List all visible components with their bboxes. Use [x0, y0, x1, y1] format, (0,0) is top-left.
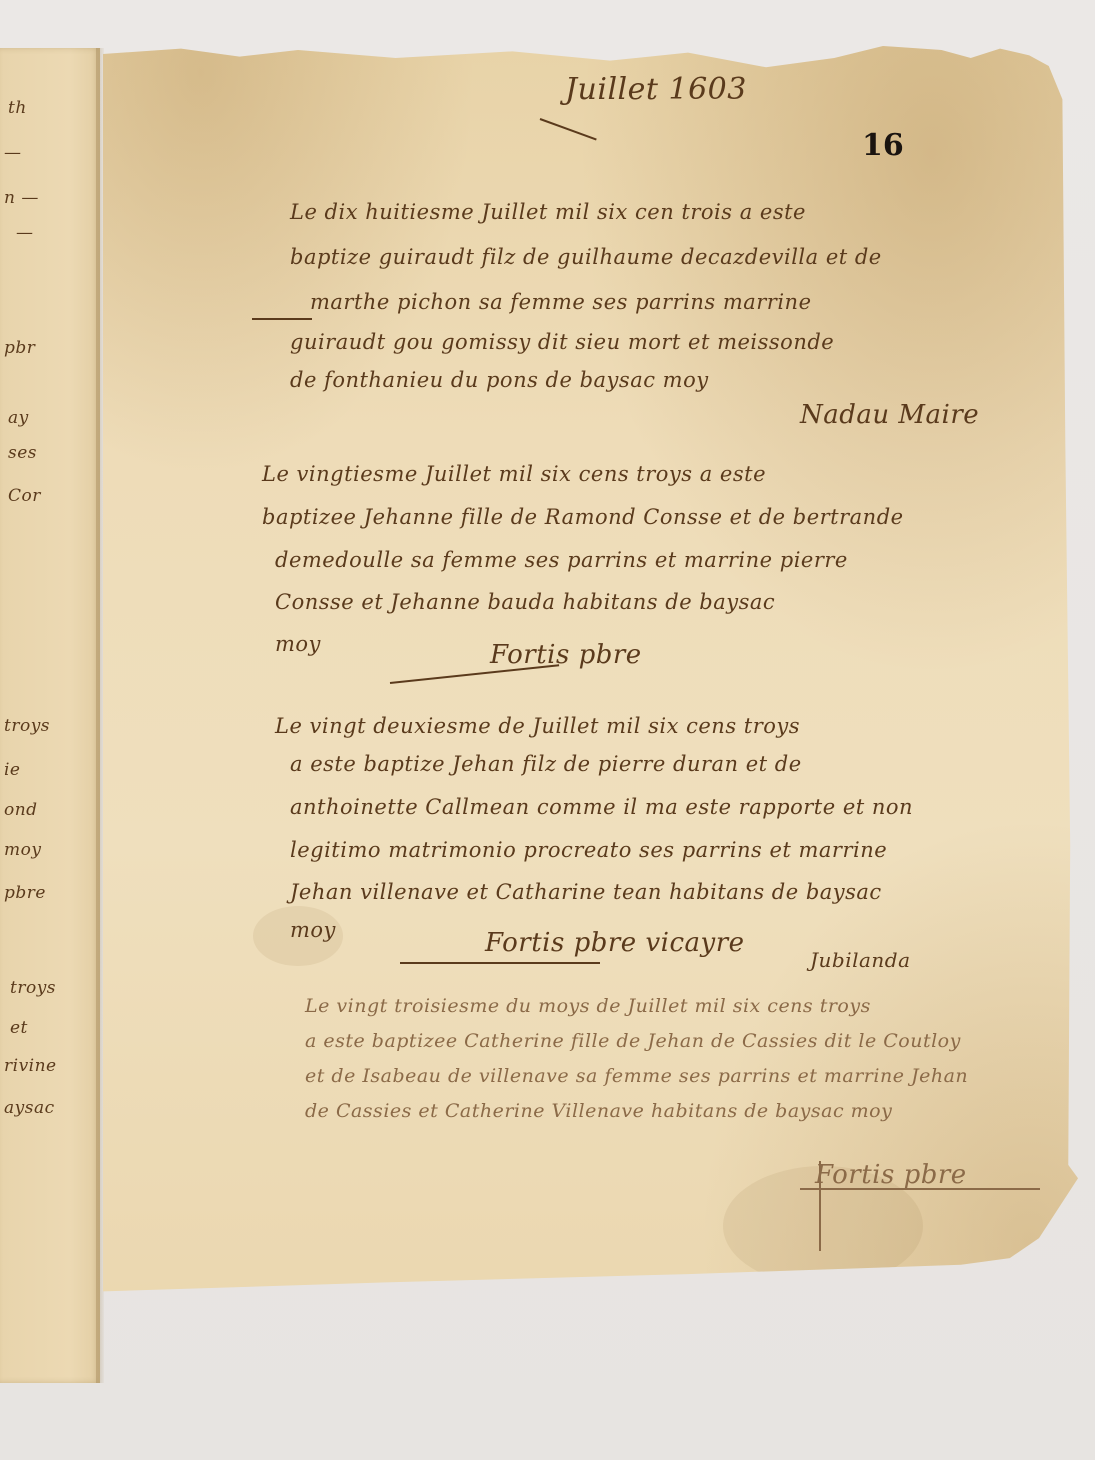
left-fragment: ay	[8, 408, 29, 428]
entry-line: guiraudt gou gomissy dit sieu mort et me…	[290, 330, 834, 354]
signature-fortis-pbre: Fortis pbre	[815, 1160, 967, 1190]
left-fragment: troys	[10, 978, 56, 998]
left-fragment: ond	[4, 800, 38, 820]
entry-line: demedoulle sa femme ses parrins et marri…	[275, 548, 848, 572]
left-fragment: Cor	[8, 486, 41, 506]
left-fragment: aysac	[4, 1098, 55, 1118]
entry-line: Jehan villenave et Catharine tean habita…	[290, 880, 882, 904]
entry-line: Le vingt deuxiesme de Juillet mil six ce…	[275, 714, 800, 738]
line-flourish	[252, 318, 312, 320]
signature-flourish	[400, 962, 600, 964]
entry-line: et de Isabeau de villenave sa femme ses …	[305, 1065, 968, 1087]
entry-line: legitimo matrimonio procreato ses parrin…	[290, 838, 887, 862]
entry-line: anthoinette Callmean comme il ma este ra…	[290, 795, 913, 819]
signature-stem	[819, 1161, 821, 1251]
entry-line: a este baptize Jehan filz de pierre dura…	[290, 752, 802, 776]
entry-line: Le dix huitiesme Juillet mil six cen tro…	[290, 200, 806, 224]
signature-nadau-maire: Nadau Maire	[800, 400, 979, 430]
entry-line: baptizee Jehanne fille de Ramond Consse …	[262, 505, 904, 529]
entry-line: Le vingt troisiesme du moys de Juillet m…	[305, 995, 871, 1017]
left-fragment: —	[4, 143, 22, 163]
book-gutter	[96, 48, 104, 1383]
left-fragment: —	[16, 223, 34, 243]
signature-flourish	[800, 1188, 1040, 1190]
entry-line: a este baptizee Catherine fille de Jehan…	[305, 1030, 961, 1052]
signature-fortis-pbre: Fortis pbre	[490, 640, 642, 670]
entry-line: moy	[275, 632, 321, 656]
entry-line: de fonthanieu du pons de baysac moy	[290, 368, 709, 392]
left-fragment: moy	[4, 840, 41, 860]
left-fragment: pbre	[4, 883, 46, 903]
header-month-year: Juillet 1603	[565, 72, 747, 107]
entry-line: marthe pichon sa femme ses parrins marri…	[310, 290, 812, 314]
left-fragment: et	[10, 1018, 28, 1038]
signature-fortis-vicayre: Fortis pbre vicayre	[485, 928, 745, 958]
entry-line: baptize guiraudt filz de guilhaume decaz…	[290, 245, 882, 269]
left-fragment: pbr	[4, 338, 35, 358]
left-fragment: rivine	[4, 1056, 57, 1076]
left-fragment: ses	[8, 443, 37, 463]
entry-line: moy	[290, 918, 336, 942]
left-fragment: th	[8, 98, 27, 118]
left-page-fragment: th — n — — pbr ay ses Cor troys ie ond m…	[0, 48, 100, 1383]
folio-number: 16	[862, 128, 904, 163]
left-fragment: ie	[4, 760, 21, 780]
entry-line: de Cassies et Catherine Villenave habita…	[305, 1100, 892, 1122]
left-fragment: n —	[4, 188, 39, 208]
left-fragment: troys	[4, 716, 50, 736]
entry-line: Le vingtiesme Juillet mil six cens troys…	[262, 462, 766, 486]
witness-signature: Jubilanda	[810, 948, 911, 972]
entry-line: Consse et Jehanne bauda habitans de bays…	[275, 590, 775, 614]
